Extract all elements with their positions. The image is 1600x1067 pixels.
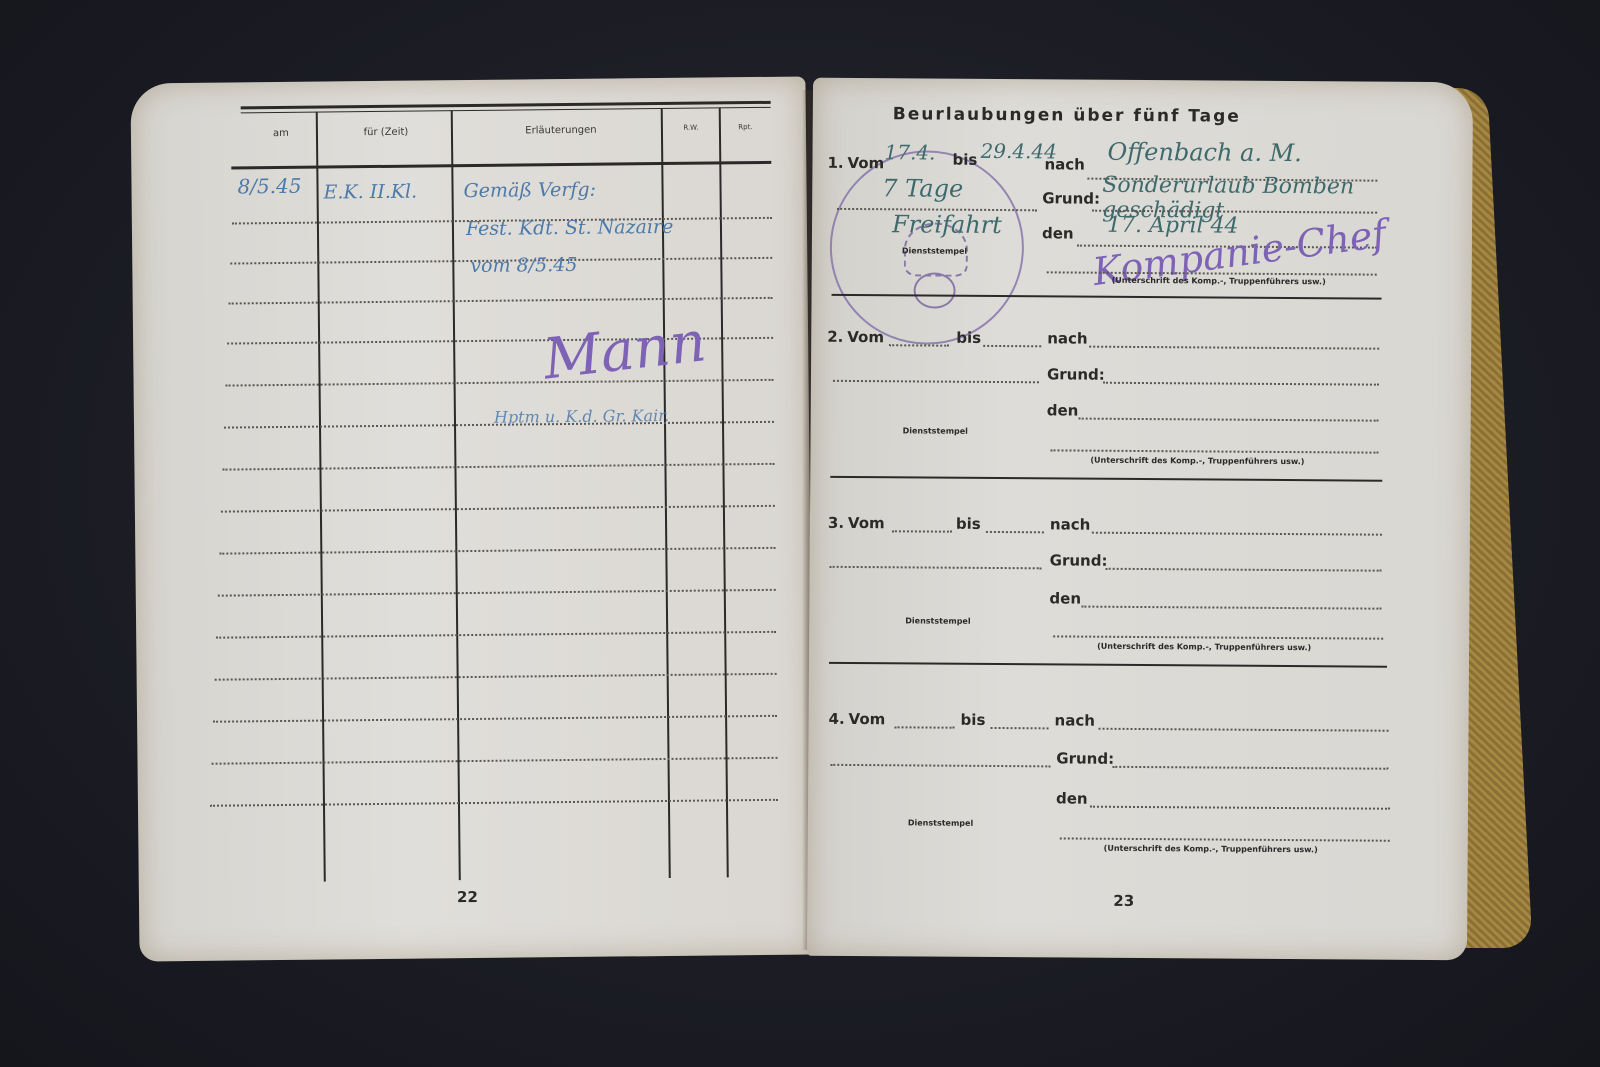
entry-2-number: 2. [827, 328, 843, 346]
row-line [212, 757, 778, 765]
entry-2-grund-label: Grund: [1047, 365, 1105, 383]
right-page: Beurlaubungen über fünf Tage 1. Vom 17.4… [807, 78, 1473, 961]
entry-3-signature-field[interactable] [1053, 635, 1383, 639]
entry-4-bis-field[interactable] [991, 727, 1049, 729]
row-line [229, 297, 773, 305]
entry-4-grund-label: Grund: [1056, 749, 1114, 767]
entry-2-nach-field[interactable] [1089, 346, 1379, 350]
entry-2-bis-label: bis [956, 329, 981, 347]
entry-4-vom-field[interactable] [895, 726, 955, 728]
entry-1-note: Freifahrt [892, 210, 1002, 239]
row-line [226, 379, 774, 387]
entry-3-signature-caption: (Unterschrift des Komp.-, Truppenführers… [1097, 642, 1311, 652]
entry-4-den-label: den [1056, 789, 1088, 807]
row-line [218, 589, 776, 597]
entry-1-nach: Offenbach a. M. [1107, 138, 1302, 167]
entry-4-signature-caption: (Unterschrift des Komp.-, Truppenführers… [1104, 844, 1318, 854]
header-am: am [261, 128, 301, 139]
entry-3-den-label: den [1049, 589, 1081, 607]
entry-4-grund-field[interactable] [1112, 766, 1388, 770]
entry-note-line2: Fest. Kdt. St. Nazaire [466, 216, 674, 240]
row-line [213, 715, 777, 723]
entry-2-vom-label: Vom [847, 328, 884, 346]
table-header-rule [231, 161, 771, 170]
entry-3-nach-label: nach [1050, 515, 1090, 533]
entry-4-stamp-label: Dienststempel [908, 818, 973, 827]
header-rw: R.W. [666, 123, 716, 132]
entry-3-bis-field[interactable] [986, 531, 1044, 533]
entry-1-vom-label: Vom [847, 154, 884, 172]
entry-2-vom-field[interactable] [889, 344, 949, 346]
page-number-left: 22 [457, 888, 478, 906]
entry-4-line[interactable] [830, 764, 1050, 768]
section-divider [829, 662, 1387, 668]
entry-1-den-label: den [1042, 224, 1074, 242]
entry-award: E.K. II.Kl. [323, 181, 417, 204]
entry-2-stamp-label: Dienststempel [903, 426, 968, 435]
entry-2-line[interactable] [833, 380, 1039, 383]
row-line [216, 631, 776, 639]
entry-2-signature-caption: (Unterschrift des Komp.-, Truppenführers… [1090, 456, 1304, 466]
entry-3-grund-field[interactable] [1106, 568, 1382, 572]
entry-2-signature-field[interactable] [1050, 449, 1378, 453]
entry-3-vom-label: Vom [848, 514, 885, 532]
entry-4-bis-label: bis [961, 711, 986, 729]
entry-4-den-field[interactable] [1090, 806, 1390, 810]
entry-note-line3: vom 8/5.45 [470, 254, 577, 277]
entry-3-grund-label: Grund: [1050, 551, 1108, 569]
entry-4-number: 4. [829, 710, 845, 728]
header-rpt: Rpt. [723, 123, 768, 131]
entry-2-den-field[interactable] [1079, 418, 1379, 422]
row-line [222, 463, 774, 471]
entry-3-nach-field[interactable] [1092, 532, 1382, 536]
entry-1-signature-caption: (Unterschrift des Komp.-, Truppenführers… [1112, 276, 1326, 286]
page-title: Beurlaubungen über fünf Tage [893, 104, 1241, 126]
row-line [219, 547, 775, 555]
row-line [221, 505, 775, 513]
entry-2-bis-field[interactable] [983, 345, 1041, 347]
row-line [215, 673, 777, 681]
entry-3-bis-label: bis [956, 515, 981, 533]
entry-4-nach-field[interactable] [1099, 728, 1389, 732]
entry-1-duration: 7 Tage [882, 174, 963, 203]
entry-1-number: 1. [827, 154, 843, 172]
entry-1-vom: 17.4. [884, 140, 935, 164]
row-line [210, 799, 778, 807]
entry-4-vom-label: Vom [849, 710, 886, 728]
entry-3-den-field[interactable] [1081, 606, 1381, 610]
entry-date: 8/5.45 [237, 174, 301, 199]
entry-2-grund-field[interactable] [1103, 382, 1379, 386]
entry-3-number: 3. [828, 514, 844, 532]
page-number-right: 23 [1113, 892, 1134, 910]
wreath-emblem-icon [913, 272, 955, 308]
entry-3-line[interactable] [830, 566, 1042, 569]
entry-1-bis-label: bis [952, 151, 977, 169]
header-fuer-zeit: für (Zeit) [336, 126, 436, 138]
entry-note-line1: Gemäß Verfg: [463, 179, 596, 202]
entry-2-nach-label: nach [1047, 329, 1087, 347]
section-divider [830, 476, 1382, 482]
entry-3-vom-field[interactable] [892, 530, 952, 532]
entry-4-signature-field[interactable] [1060, 837, 1390, 841]
entry-4-nach-label: nach [1055, 711, 1095, 729]
entry-1-grund-label: Grund: [1042, 189, 1100, 207]
header-erlaeuterungen: Erläuterungen [491, 124, 631, 136]
entry-1-nach-label: nach [1044, 155, 1084, 173]
left-page: am für (Zeit) Erläuterungen R.W. Rpt. 8/… [130, 76, 814, 961]
entry-1-stamp-label: Dienststempel [902, 246, 967, 255]
column-divider [316, 112, 326, 882]
entry-3-stamp-label: Dienststempel [905, 616, 970, 625]
awards-table: am für (Zeit) Erläuterungen R.W. Rpt. 8/… [241, 97, 779, 883]
column-divider [719, 107, 729, 877]
officer-title: Hptm u. K.d. Gr. Kair. [494, 406, 669, 427]
entry-2-den-label: den [1047, 401, 1079, 419]
column-divider [451, 110, 461, 880]
